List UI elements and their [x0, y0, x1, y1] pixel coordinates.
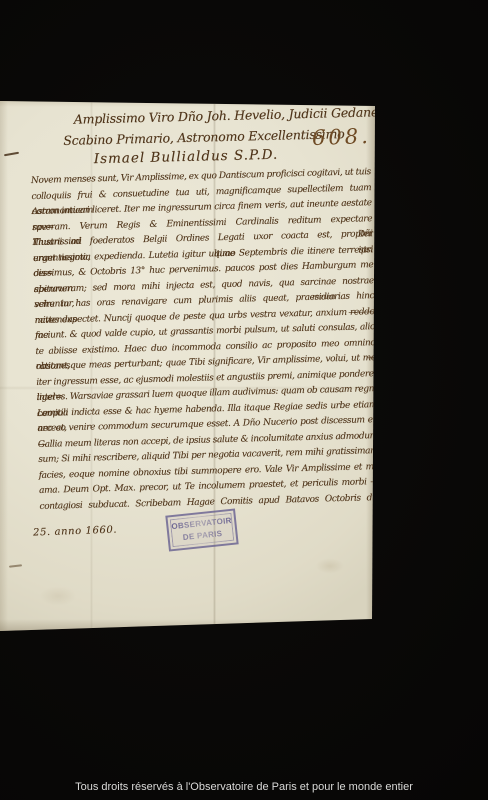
photo-background: Amplissimo Viro Dño Joh. Hevelio, Judici… [0, 0, 488, 800]
date-line: 25. anno 1660. [33, 525, 117, 539]
manuscript-page: Amplissimo Viro Dño Joh. Hevelio, Judici… [0, 98, 377, 635]
stamp-text: OBSERVATOIRE DE PARIS [170, 513, 235, 547]
heading-text: Amplissimo Viro Dño Joh. Hevelio, Judici… [74, 104, 403, 127]
copyright-caption: Tous droits réservés à l'Observatoire de… [0, 781, 488, 793]
letter-body: Novem menses sunt, Vir Amplissime, ex qu… [31, 165, 380, 515]
pen-stroke [408, 110, 446, 113]
ink-mark [9, 564, 22, 567]
interlinear-insertion: meum [312, 292, 336, 302]
observatoire-stamp: OBSERVATOIRE DE PARIS [165, 508, 238, 551]
archival-number: 608. [312, 124, 372, 150]
